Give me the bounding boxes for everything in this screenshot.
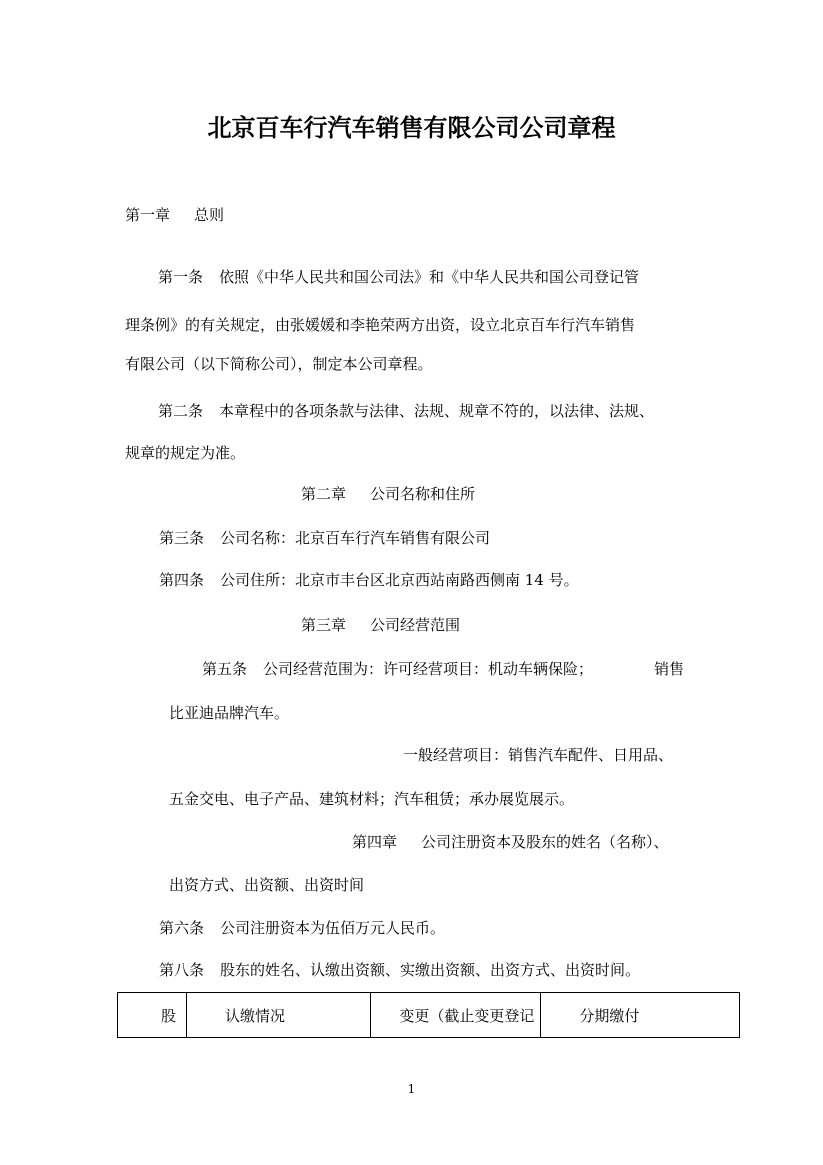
- chapter-3-heading: 第三章公司经营范围: [301, 616, 460, 634]
- article-1-line-2: 理条例》的有关规定，由张媛媛和李艳荣两方出资，设立北京百车行汽车销售: [125, 316, 635, 334]
- chapter-name: 总则: [194, 206, 224, 224]
- article-5-line-1: 第五条公司经营范围为：许可经营项目：机动车辆保险；: [202, 660, 593, 678]
- table-header-cell: 变更（截止变更登记: [370, 993, 541, 1038]
- chapter-label: 第四章: [352, 833, 397, 851]
- article-6: 第六条公司注册资本为伍佰万元人民币。: [159, 919, 445, 937]
- chapter-name: 公司经营范围: [370, 616, 460, 634]
- article-label: 第五条: [202, 660, 247, 678]
- article-5-line-2: 比亚迪品牌汽车。: [169, 704, 289, 722]
- article-2-line-2: 规章的规定为准。: [125, 444, 245, 462]
- article-text: 公司名称：北京百车行汽车销售有限公司: [220, 529, 490, 547]
- chapter-name: 公司注册资本及股东的姓名（名称）、: [421, 833, 669, 851]
- article-text: 股东的姓名、认缴出资额、实缴出资额、出资方式、出资时间。: [220, 961, 640, 979]
- article-label: 第一条: [158, 268, 203, 286]
- document-title: 北京百车行汽车销售有限公司公司章程: [0, 113, 823, 143]
- article-label: 第三条: [159, 529, 204, 547]
- table-header-cell: 分期缴付: [541, 993, 740, 1038]
- table-header-row: 股 认缴情况 变更（截止变更登记 分期缴付: [118, 993, 740, 1038]
- article-3: 第三条公司名称：北京百车行汽车销售有限公司: [159, 529, 490, 547]
- table-header-cell: 认缴情况: [186, 993, 370, 1038]
- chapter-name: 公司名称和住所: [370, 485, 475, 503]
- shareholder-table: 股 认缴情况 变更（截止变更登记 分期缴付: [117, 992, 740, 1038]
- article-text: 依照《中华人民共和国公司法》和《中华人民共和国公司登记管: [219, 268, 639, 286]
- chapter-4-heading: 第四章公司注册资本及股东的姓名（名称）、: [352, 833, 669, 851]
- article-text: 公司住所：北京市丰台区北京西站南路西侧南 14 号。: [220, 571, 579, 589]
- article-text: 公司经营范围为：许可经营项目：机动车辆保险；: [263, 660, 593, 678]
- chapter-1-heading: 第一章总则: [125, 206, 224, 224]
- chapter-label: 第二章: [301, 485, 346, 503]
- article-5-line-4: 五金交电、电子产品、建筑材料；汽车租赁；承办展览展示。: [169, 790, 574, 808]
- article-5-line-3: 一般经营项目：销售汽车配件、日用品、: [403, 746, 673, 764]
- chapter-4-heading-line-2: 出资方式、出资额、出资时间: [169, 876, 364, 894]
- article-1-line-3: 有限公司（以下简称公司），制定本公司章程。: [125, 355, 433, 373]
- article-text: 本章程中的各项条款与法律、法规、规章不符的，以法律、法规、: [219, 402, 654, 420]
- article-5-line-1-tail: 销售: [654, 660, 684, 678]
- chapter-label: 第一章: [125, 206, 170, 224]
- article-label: 第八条: [159, 961, 204, 979]
- article-4: 第四条公司住所：北京市丰台区北京西站南路西侧南 14 号。: [159, 571, 579, 589]
- article-text: 公司注册资本为伍佰万元人民币。: [220, 919, 445, 937]
- article-8: 第八条股东的姓名、认缴出资额、实缴出资额、出资方式、出资时间。: [159, 961, 640, 979]
- article-1-line-1: 第一条依照《中华人民共和国公司法》和《中华人民共和国公司登记管: [158, 268, 639, 286]
- chapter-label: 第三章: [301, 616, 346, 634]
- article-label: 第四条: [159, 571, 204, 589]
- article-label: 第六条: [159, 919, 204, 937]
- article-2-line-1: 第二条本章程中的各项条款与法律、法规、规章不符的，以法律、法规、: [158, 402, 654, 420]
- page-number: 1: [0, 1082, 823, 1096]
- table-header-cell: 股: [118, 993, 187, 1038]
- chapter-2-heading: 第二章公司名称和住所: [301, 485, 475, 503]
- article-label: 第二条: [158, 402, 203, 420]
